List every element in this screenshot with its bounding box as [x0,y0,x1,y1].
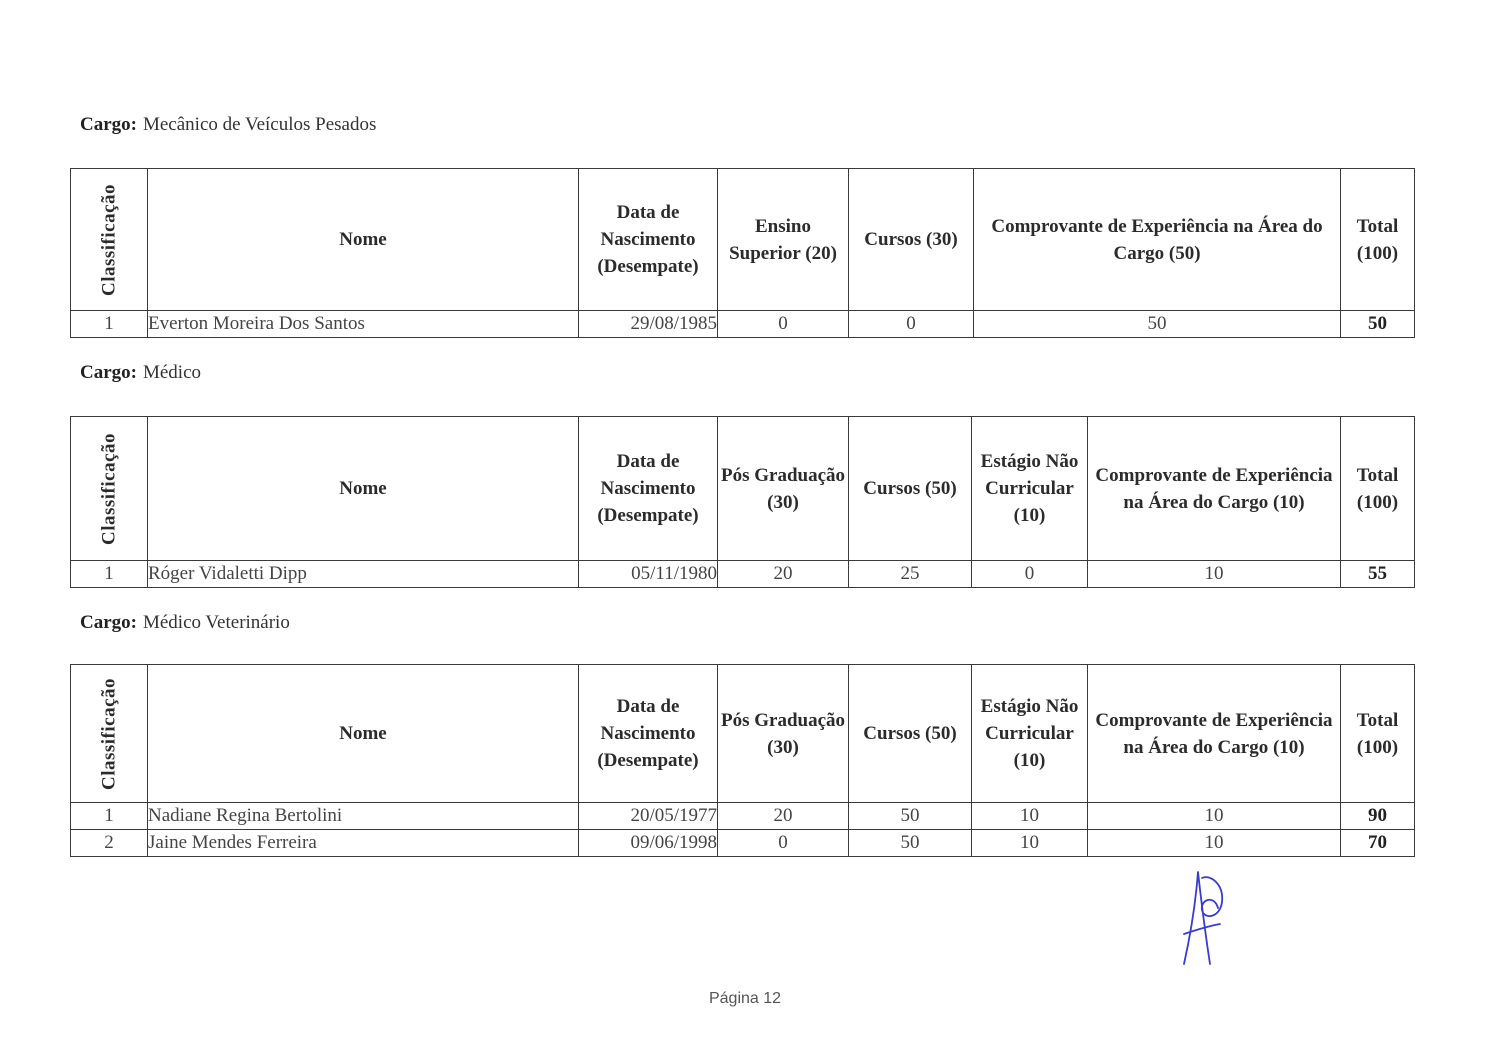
header-data-nascimento: Data de Nascimento (Desempate) [579,665,718,803]
header-experiencia: Comprovante de Experiência na Área do Ca… [1088,417,1341,561]
cell-total: 70 [1341,830,1415,857]
cell-classificacao: 1 [71,311,148,338]
signature-icon [1180,868,1240,968]
page-number: Página 12 [0,990,1490,1008]
header-classificacao: Classificação [71,417,148,561]
cell-classificacao: 2 [71,830,148,857]
header-ensino-superior: Ensino Superior (20) [718,169,849,311]
header-row: Classificação Nome Data de Nascimento (D… [71,169,1415,311]
cell-total: 90 [1341,803,1415,830]
table-row: 1 Everton Moreira Dos Santos 29/08/1985 … [71,311,1415,338]
cell-experiencia: 10 [1088,561,1341,588]
header-pos-graduacao: Pós Graduação (30) [718,417,849,561]
header-pos-graduacao: Pós Graduação (30) [718,665,849,803]
cell-cursos: 25 [849,561,972,588]
cargo-label: Cargo: [80,612,137,633]
cell-experiencia: 10 [1088,803,1341,830]
header-total: Total (100) [1341,665,1415,803]
cell-estagio: 10 [972,830,1088,857]
header-classificacao: Classificação [71,169,148,311]
cargo-label: Cargo: [80,114,137,135]
cargo-name: Médico [143,362,201,383]
cargo-name: Médico Veterinário [143,612,290,633]
cell-classificacao: 1 [71,561,148,588]
header-row: Classificação Nome Data de Nascimento (D… [71,417,1415,561]
cell-pos-graduacao: 20 [718,803,849,830]
results-table-1: Classificação Nome Data de Nascimento (D… [70,168,1415,338]
header-experiencia: Comprovante de Experiência na Área do Ca… [1088,665,1341,803]
cargo-heading-1: Cargo:Mecânico de Veículos Pesados [80,114,376,136]
header-cursos: Cursos (30) [849,169,974,311]
cell-cursos: 50 [849,830,972,857]
cell-data: 20/05/1977 [579,803,718,830]
cell-nome: Jaine Mendes Ferreira [148,830,579,857]
header-data-nascimento: Data de Nascimento (Desempate) [579,169,718,311]
cell-estagio: 10 [972,803,1088,830]
cell-total: 50 [1341,311,1415,338]
cell-nome: Nadiane Regina Bertolini [148,803,579,830]
cell-total: 55 [1341,561,1415,588]
cell-data: 09/06/1998 [579,830,718,857]
results-table-2: Classificação Nome Data de Nascimento (D… [70,416,1415,588]
table-row: 2 Jaine Mendes Ferreira 09/06/1998 0 50 … [71,830,1415,857]
cell-ensino-superior: 0 [718,311,849,338]
cell-nome: Everton Moreira Dos Santos [148,311,579,338]
cargo-heading-2: Cargo:Médico [80,362,201,384]
header-nome: Nome [148,417,579,561]
header-classificacao: Classificação [71,665,148,803]
cell-estagio: 0 [972,561,1088,588]
header-cursos: Cursos (50) [849,665,972,803]
cell-cursos: 0 [849,311,974,338]
header-nome: Nome [148,665,579,803]
header-row: Classificação Nome Data de Nascimento (D… [71,665,1415,803]
cell-classificacao: 1 [71,803,148,830]
cell-pos-graduacao: 20 [718,561,849,588]
cell-experiencia: 10 [1088,830,1341,857]
header-total: Total (100) [1341,417,1415,561]
cargo-name: Mecânico de Veículos Pesados [143,114,376,135]
header-experiencia: Comprovante de Experiência na Área do Ca… [974,169,1341,311]
cargo-heading-3: Cargo:Médico Veterinário [80,612,290,634]
header-data-nascimento: Data de Nascimento (Desempate) [579,417,718,561]
cell-nome: Róger Vidaletti Dipp [148,561,579,588]
table-row: 1 Róger Vidaletti Dipp 05/11/1980 20 25 … [71,561,1415,588]
header-estagio: Estágio Não Curricular (10) [972,417,1088,561]
cell-data: 05/11/1980 [579,561,718,588]
cell-pos-graduacao: 0 [718,830,849,857]
cell-data: 29/08/1985 [579,311,718,338]
cell-experiencia: 50 [974,311,1341,338]
header-total: Total (100) [1341,169,1415,311]
table-row: 1 Nadiane Regina Bertolini 20/05/1977 20… [71,803,1415,830]
results-table-3: Classificação Nome Data de Nascimento (D… [70,664,1415,857]
header-estagio: Estágio Não Curricular (10) [972,665,1088,803]
header-nome: Nome [148,169,579,311]
cargo-label: Cargo: [80,362,137,383]
header-cursos: Cursos (50) [849,417,972,561]
cell-cursos: 50 [849,803,972,830]
